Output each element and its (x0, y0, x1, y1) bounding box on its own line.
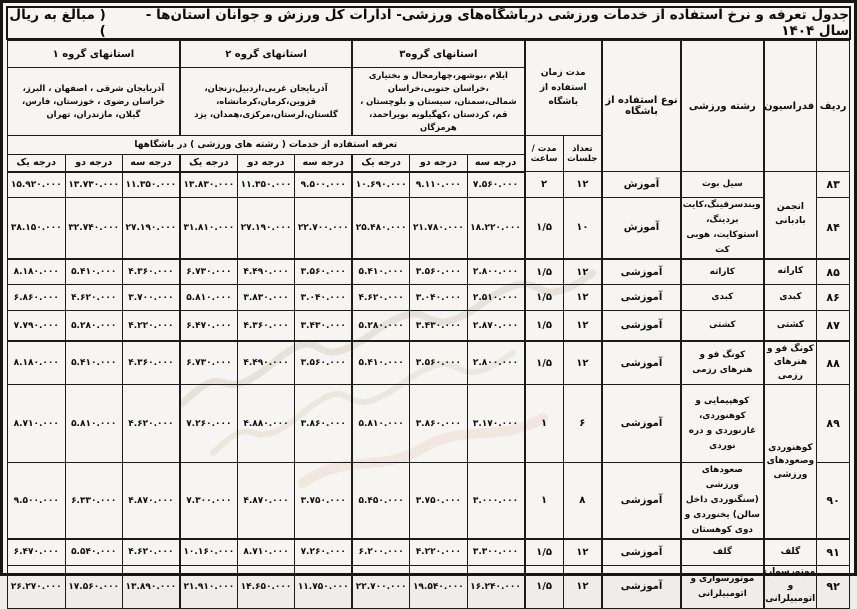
price-cell: ۴.۶۲۰.۰۰۰ (352, 285, 409, 311)
federation-cell: موتورسواری و اتومبیلرانی (764, 565, 817, 576)
federation-cell: کبدی (764, 285, 817, 311)
price-cell: ۳.۸۳۰.۰۰۰ (237, 285, 294, 311)
sessions-cell: ۱۲ (563, 539, 602, 565)
price-cell: ۳.۴۳۰.۰۰۰ (295, 311, 352, 341)
price-cell: ۲۲.۷۰۰.۰۰۰ (295, 198, 352, 259)
usage-cell: آموزشی (602, 311, 681, 341)
federation-cell: انجمن بادبانی (764, 172, 817, 259)
price-cell: ۳۱.۸۱۰.۰۰۰ (180, 198, 237, 259)
price-cell: ۸.۱۸۰.۰۰۰ (8, 259, 66, 285)
price-cell: ۴.۳۶۰.۰۰۰ (237, 311, 294, 341)
table-body: ۸۳انجمن بادبانیسیل بوتآموزش۱۲۲۷.۵۶۰.۰۰۰۹… (8, 172, 850, 576)
price-cell: ۳.۷۵۰.۰۰۰ (295, 463, 352, 539)
row-number-cell: ۹۱ (817, 539, 850, 565)
table-row: ۹۲موتورسواری و اتومبیلرانیموتورسواری و ا… (8, 565, 850, 576)
price-cell: ۵.۴۵۰.۰۰۰ (352, 463, 409, 539)
tariff-table: ردیف فدراسیون رشته ورزشی نوع استفاده از … (7, 40, 850, 576)
document-title-bar: جدول تعرفه و نرخ استفاده از خدمات ورزشی … (6, 6, 851, 40)
table-row: ۸۶کبدیکبدیآموزشی۱۲۱/۵۲.۵۱۰.۰۰۰۳.۰۴۰.۰۰۰۴… (8, 285, 850, 311)
usage-cell: آموزشی (602, 565, 681, 576)
price-cell: ۷.۵۶۰.۰۰۰ (467, 172, 524, 198)
sport-cell: گلف (681, 539, 764, 565)
price-cell: ۳.۸۶۰.۰۰۰ (295, 385, 352, 463)
sport-cell: سیل بوت (681, 172, 764, 198)
group1-header: استانهای گروه ۱ (8, 41, 180, 68)
price-cell: ۶.۷۳۰.۰۰۰ (180, 341, 237, 385)
document-title: جدول تعرفه و نرخ استفاده از خدمات ورزشی … (142, 7, 849, 39)
price-cell: ۱۵.۹۲۰.۰۰۰ (8, 172, 66, 198)
sessions-cell: ۱۲ (563, 565, 602, 576)
sport-cell: کاراته (681, 259, 764, 285)
price-cell: ۲.۸۷۰.۰۰۰ (467, 311, 524, 341)
price-cell: ۵.۲۸۰.۰۰۰ (352, 311, 409, 341)
sessions-cell: ۶ (563, 385, 602, 463)
document-page: جدول تعرفه و نرخ استفاده از خدمات ورزشی … (0, 0, 857, 576)
price-cell: ۴.۸۷۰.۰۰۰ (122, 463, 179, 539)
price-cell: ۳.۰۴۰.۰۰۰ (295, 285, 352, 311)
row-number-cell: ۸۸ (817, 341, 850, 385)
sport-cell: ویندسرفینگ،کایت بردینگ، استوکایت، هوبی ک… (681, 198, 764, 259)
price-cell: ۱۷.۵۶۰.۰۰۰ (65, 565, 122, 576)
grade-header-g3-one: درجه یک (352, 155, 409, 172)
sessions-cell: ۸ (563, 463, 602, 539)
usage-cell: آموزشی (602, 341, 681, 385)
price-cell: ۴.۲۲۰.۰۰۰ (410, 539, 467, 565)
federation-cell: کوهنوردی وصعودهای ورزشی (764, 385, 817, 539)
price-cell: ۱۳.۸۹۰.۰۰۰ (122, 565, 179, 576)
price-cell: ۱۸.۲۲۰.۰۰۰ (467, 198, 524, 259)
sport-cell: کبدی (681, 285, 764, 311)
group3-provinces: ایلام ،بوشهر،چهارمحال و بختیاری ،خراسان … (352, 68, 524, 136)
price-cell: ۵.۴۱۰.۰۰۰ (352, 259, 409, 285)
price-cell: ۳.۵۶۰.۰۰۰ (410, 259, 467, 285)
sessions-cell: ۱۲ (563, 285, 602, 311)
price-cell: ۳.۰۰۰.۰۰۰ (467, 463, 524, 539)
table-row: ۹۱گلفگلفآموزشی۱۲۱/۵۳.۳۰۰.۰۰۰۴.۲۲۰.۰۰۰۶.۲… (8, 539, 850, 565)
group1-provinces: آذربایجان شرقی ، اصفهان ، البرز، خراسان … (8, 68, 180, 136)
row-number-cell: ۸۶ (817, 285, 850, 311)
price-cell: ۴.۴۹۰.۰۰۰ (237, 341, 294, 385)
grade-header-g2-one: درجه یک (180, 155, 237, 172)
price-cell: ۸.۱۸۰.۰۰۰ (8, 341, 66, 385)
col-header-row-number: ردیف (817, 41, 850, 172)
sessions-cell: ۱۲ (563, 259, 602, 285)
sport-cell: کشتی (681, 311, 764, 341)
price-cell: ۸.۷۱۰.۰۰۰ (8, 385, 66, 463)
price-cell: ۵.۸۱۰.۰۰۰ (65, 385, 122, 463)
group3-header: استانهای گروه۳ (352, 41, 524, 68)
usage-cell: آموزشی (602, 385, 681, 463)
table-row: ۸۴ویندسرفینگ،کایت بردینگ، استوکایت، هوبی… (8, 198, 850, 259)
sessions-cell: ۱۲ (563, 341, 602, 385)
table-row: ۸۵کاراتهکاراتهآموزشی۱۲۱/۵۲.۸۰۰.۰۰۰۳.۵۶۰.… (8, 259, 850, 285)
price-cell: ۱۰.۶۹۰.۰۰۰ (352, 172, 409, 198)
price-cell: ۱۹.۵۴۰.۰۰۰ (410, 565, 467, 576)
price-cell: ۴.۶۲۰.۰۰۰ (122, 385, 179, 463)
price-cell: ۲.۸۰۰.۰۰۰ (467, 259, 524, 285)
col-header-hours: مدت /ساعت (525, 136, 564, 172)
price-cell: ۳.۵۶۰.۰۰۰ (295, 341, 352, 385)
hours-cell: ۱/۵ (525, 341, 564, 385)
usage-cell: آموزشی (602, 259, 681, 285)
price-cell: ۴.۸۷۰.۰۰۰ (237, 463, 294, 539)
table-row: ۸۸کونگ فو و هنرهای رزمیکونگ فو و هنرهای … (8, 341, 850, 385)
price-cell: ۹.۵۰۰.۰۰۰ (295, 172, 352, 198)
col-header-federation: فدراسیون (764, 41, 817, 172)
price-cell: ۵.۴۱۰.۰۰۰ (65, 259, 122, 285)
price-cell: ۳.۵۶۰.۰۰۰ (410, 341, 467, 385)
hours-cell: ۱/۵ (525, 259, 564, 285)
price-cell: ۶.۳۳۰.۰۰۰ (65, 463, 122, 539)
price-cell: ۴.۳۶۰.۰۰۰ (122, 259, 179, 285)
price-cell: ۷.۷۹۰.۰۰۰ (8, 311, 66, 341)
grade-header-g3-two: درجه دو (410, 155, 467, 172)
grade-header-g2-three: درجه سه (295, 155, 352, 172)
grade-header-g2-two: درجه دو (237, 155, 294, 172)
hours-cell: ۱ (525, 463, 564, 539)
price-cell: ۴.۶۲۰.۰۰۰ (122, 539, 179, 565)
group2-header: استانهای گروه ۲ (180, 41, 352, 68)
price-cell: ۱۶.۲۴۰.۰۰۰ (467, 565, 524, 576)
col-header-duration: مدت زمان استفاده از باشگاه (525, 41, 602, 136)
price-cell: ۲۱.۷۸۰.۰۰۰ (410, 198, 467, 259)
federation-cell: کونگ فو و هنرهای رزمی (764, 341, 817, 385)
price-cell: ۲۱.۹۱۰.۰۰۰ (180, 565, 237, 576)
federation-cell: گلف (764, 539, 817, 565)
price-cell: ۳.۱۷۰.۰۰۰ (467, 385, 524, 463)
sessions-cell: ۱۲ (563, 172, 602, 198)
hours-cell: ۲ (525, 172, 564, 198)
federation-cell: کاراته (764, 259, 817, 285)
price-cell: ۱۱.۷۵۰.۰۰۰ (295, 565, 352, 576)
usage-cell: آموزش (602, 198, 681, 259)
price-cell: ۲۲.۷۰۰.۰۰۰ (352, 565, 409, 576)
table-row: ۸۷کشتیکشتیآموزشی۱۲۱/۵۲.۸۷۰.۰۰۰۳.۴۳۰.۰۰۰۵… (8, 311, 850, 341)
price-cell: ۶.۸۶۰.۰۰۰ (8, 285, 66, 311)
price-cell: ۲۶.۲۷۰.۰۰۰ (8, 565, 66, 576)
hours-cell: ۱/۵ (525, 285, 564, 311)
table-row: ۹۰صعودهای ورزشی (سنگنوردی داخل سالن) یخن… (8, 463, 850, 539)
table-row: ۸۹کوهنوردی وصعودهای ورزشیکوهپیمایی و کوه… (8, 385, 850, 463)
price-cell: ۷.۳۰۰.۰۰۰ (180, 463, 237, 539)
group2-provinces: آذربایجان غربی،اردبیل،زنجان، قزوین،کرمان… (180, 68, 352, 136)
price-cell: ۱۰.۱۶۰.۰۰۰ (180, 539, 237, 565)
usage-cell: آموزش (602, 172, 681, 198)
grade-header-g3-three: درجه سه (467, 155, 524, 172)
usage-cell: آموزشی (602, 463, 681, 539)
price-cell: ۴.۶۲۰.۰۰۰ (65, 285, 122, 311)
price-cell: ۱۱.۳۵۰.۰۰۰ (122, 172, 179, 198)
hours-cell: ۱/۵ (525, 311, 564, 341)
price-cell: ۶.۷۳۰.۰۰۰ (180, 259, 237, 285)
col-header-sport: رشته ورزشی (681, 41, 764, 172)
sessions-cell: ۱۰ (563, 198, 602, 259)
price-cell: ۳.۷۰۰.۰۰۰ (122, 285, 179, 311)
price-cell: ۳.۳۰۰.۰۰۰ (467, 539, 524, 565)
price-cell: ۲.۵۱۰.۰۰۰ (467, 285, 524, 311)
tariff-band-header: تعرفه استفاده از خدمات ( رشته های ورزشی … (8, 136, 525, 155)
price-cell: ۲۷.۱۹۰.۰۰۰ (122, 198, 179, 259)
grade-header-g1-one: درجه یک (8, 155, 66, 172)
price-cell: ۴.۳۶۰.۰۰۰ (122, 341, 179, 385)
usage-cell: آموزشی (602, 285, 681, 311)
sport-cell: کونگ فو و هنرهای رزمی (681, 341, 764, 385)
price-cell: ۳۸.۱۵۰.۰۰۰ (8, 198, 66, 259)
price-cell: ۳.۸۶۰.۰۰۰ (410, 385, 467, 463)
row-number-cell: ۸۹ (817, 385, 850, 463)
row-number-cell: ۸۵ (817, 259, 850, 285)
grade-header-g1-three: درجه سه (122, 155, 179, 172)
sport-cell: کوهپیمایی و کوهنوردی، غارنوردی و دره نور… (681, 385, 764, 463)
price-cell: ۹.۱۱۰.۰۰۰ (410, 172, 467, 198)
usage-cell: آموزشی (602, 539, 681, 565)
federation-cell: کشتی (764, 311, 817, 341)
price-cell: ۵.۸۱۰.۰۰۰ (352, 385, 409, 463)
price-cell: ۵.۲۸۰.۰۰۰ (65, 311, 122, 341)
price-cell: ۱۳.۸۳۰.۰۰۰ (180, 172, 237, 198)
price-cell: ۷.۲۶۰.۰۰۰ (180, 385, 237, 463)
row-number-cell: ۸۴ (817, 198, 850, 259)
price-cell: ۳.۷۵۰.۰۰۰ (410, 463, 467, 539)
price-cell: ۹.۵۰۰.۰۰۰ (8, 463, 66, 539)
table-row: ۸۳انجمن بادبانیسیل بوتآموزش۱۲۲۷.۵۶۰.۰۰۰۹… (8, 172, 850, 198)
price-cell: ۳.۰۴۰.۰۰۰ (410, 285, 467, 311)
price-cell: ۱۱.۳۵۰.۰۰۰ (237, 172, 294, 198)
price-cell: ۵.۴۱۰.۰۰۰ (65, 341, 122, 385)
hours-cell: ۱ (525, 385, 564, 463)
price-cell: ۲۵.۴۸۰.۰۰۰ (352, 198, 409, 259)
price-cell: ۷.۲۶۰.۰۰۰ (295, 539, 352, 565)
price-cell: ۲.۸۰۰.۰۰۰ (467, 341, 524, 385)
header-row-groups: ردیف فدراسیون رشته ورزشی نوع استفاده از … (8, 41, 850, 68)
hours-cell: ۱/۵ (525, 539, 564, 565)
sport-cell: صعودهای ورزشی (سنگنوردی داخل سالن) یخنور… (681, 463, 764, 539)
grade-header-g1-two: درجه دو (65, 155, 122, 172)
col-header-sessions: تعداد جلسات (563, 136, 602, 172)
sport-cell: موتورسواری و اتومبیلرانی (681, 565, 764, 576)
row-number-cell: ۸۷ (817, 311, 850, 341)
price-cell: ۵.۵۴۰.۰۰۰ (65, 539, 122, 565)
price-cell: ۳.۵۶۰.۰۰۰ (295, 259, 352, 285)
price-cell: ۵.۸۱۰.۰۰۰ (180, 285, 237, 311)
price-cell: ۱۳.۷۳۰.۰۰۰ (65, 172, 122, 198)
price-cell: ۶.۴۷۰.۰۰۰ (180, 311, 237, 341)
hours-cell: ۱/۵ (525, 565, 564, 576)
row-number-cell: ۹۲ (817, 565, 850, 576)
price-cell: ۴.۲۲۰.۰۰۰ (122, 311, 179, 341)
hours-cell: ۱/۵ (525, 198, 564, 259)
price-cell: ۵.۴۱۰.۰۰۰ (352, 341, 409, 385)
price-cell: ۶.۴۷۰.۰۰۰ (8, 539, 66, 565)
sessions-cell: ۱۲ (563, 311, 602, 341)
price-cell: ۳۲.۷۴۰.۰۰۰ (65, 198, 122, 259)
price-cell: ۴.۴۹۰.۰۰۰ (237, 259, 294, 285)
price-cell: ۴.۸۸۰.۰۰۰ (237, 385, 294, 463)
row-number-cell: ۸۳ (817, 172, 850, 198)
price-cell: ۸.۷۱۰.۰۰۰ (237, 539, 294, 565)
price-cell: ۳.۴۳۰.۰۰۰ (410, 311, 467, 341)
price-cell: ۶.۲۰۰.۰۰۰ (352, 539, 409, 565)
price-cell: ۲۷.۱۹۰.۰۰۰ (237, 198, 294, 259)
currency-note: ( مبالغ به ریال ) (8, 7, 106, 39)
price-cell: ۱۴.۶۵۰.۰۰۰ (237, 565, 294, 576)
col-header-usage-type: نوع استفاده از باشگاه (602, 41, 681, 172)
row-number-cell: ۹۰ (817, 463, 850, 539)
